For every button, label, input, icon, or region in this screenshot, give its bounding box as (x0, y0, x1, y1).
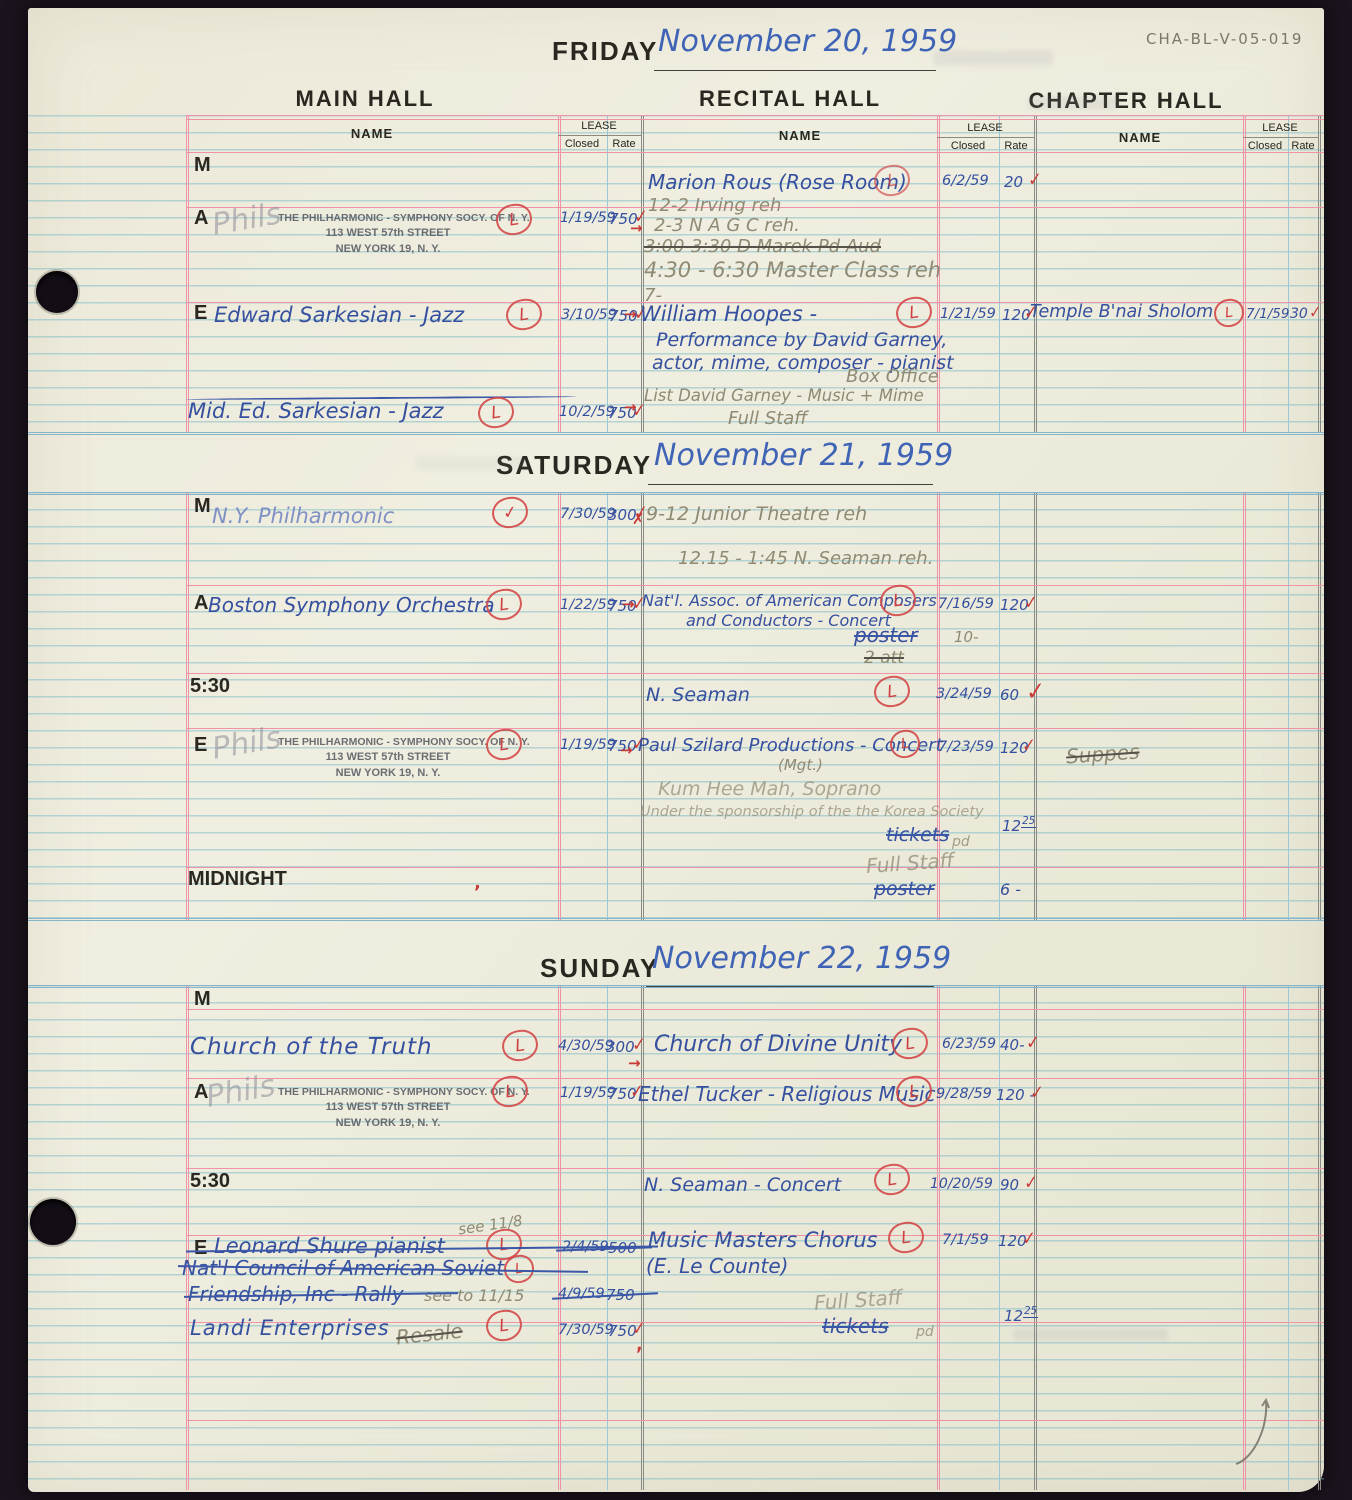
red-arrow: → (624, 305, 637, 323)
stamp-line-3: NEW YORK 19, N. Y. (278, 242, 498, 258)
pencil-corner-mark (1232, 1396, 1284, 1470)
closed-date: 10/2/59 (559, 404, 615, 420)
closed-date: 3/24/59 (936, 686, 992, 702)
circle-letter: L (886, 170, 898, 191)
rate-checkmark: ✓ (1024, 592, 1039, 615)
circle-letter: L (900, 1227, 912, 1248)
bleedthrough-smudge (416, 456, 526, 471)
day-date-friday: November 20, 1959 (658, 24, 957, 59)
col-header-rate-chapter: Rate (1263, 140, 1343, 152)
circle-letter: L (908, 1081, 920, 1102)
closed-date: 7/23/59 (938, 739, 994, 755)
column-line (1243, 115, 1246, 433)
rate-checkmark: ✓ (1024, 1172, 1039, 1195)
day-date-sunday: November 22, 1959 (652, 941, 951, 976)
rate-checkmark: ✓ (1309, 302, 1322, 322)
ledger-sheet: CHA-BL-V-05-019 FRIDAY November 20, 1959… (28, 8, 1324, 1492)
column-line (999, 115, 1000, 433)
bleedthrough-smudge (933, 50, 1053, 66)
booking-name: N. Seaman (646, 684, 750, 706)
row-line (186, 867, 1324, 868)
stamp-line-1: THE PHILHARMONIC - SYMPHONY SOCY. OF N. … (278, 211, 498, 226)
row-label-a: A (194, 592, 208, 615)
archive-code: CHA-BL-V-05-019 (1146, 30, 1303, 48)
rate-value: 60 (1000, 686, 1019, 704)
column-line (1288, 115, 1289, 433)
lease-header-line (937, 137, 1034, 138)
closed-date: 10/20/59 (930, 1176, 993, 1192)
lease-header-line (1243, 137, 1318, 138)
date-underline (646, 986, 934, 987)
section-line (28, 492, 1324, 495)
note-crossed: poster (854, 623, 918, 647)
row-label-m: M (194, 495, 211, 518)
column-line (558, 985, 561, 1490)
row-line (186, 152, 1324, 153)
amount-dollars: 12 (1004, 1307, 1023, 1325)
col-header-name-main: NAME (272, 126, 472, 141)
amount-note: 1225 (1004, 1306, 1038, 1325)
philharmonic-stamp: THE PHILHARMONIC - SYMPHONY SOCY. OF N. … (278, 211, 498, 258)
row-line (186, 585, 1324, 586)
circle-letter: L (514, 1035, 526, 1056)
note-crossed: tickets (822, 1314, 889, 1338)
red-arrow: → (622, 595, 635, 613)
bleedthrough-smudge (1028, 96, 1118, 110)
booking-name: Edward Sarkesian - Jazz (214, 303, 464, 327)
schedule-note: 12-2 Irving reh (648, 195, 781, 216)
booking-name: Boston Symphony Orchestra (208, 593, 495, 617)
row-line (186, 1168, 1324, 1169)
circle-letter: L (892, 590, 904, 611)
closed-date: 7/1/59 (1246, 306, 1289, 322)
day-date-saturday: November 21, 1959 (654, 438, 953, 473)
closed-date: 4/9/59 (558, 1286, 605, 1302)
column-line (937, 985, 940, 1490)
closed-date: 6/23/59 (942, 1036, 996, 1052)
amount-note: 10- (954, 628, 979, 646)
col-header-lease-recital: LEASE (935, 122, 1035, 134)
column-line (186, 115, 189, 433)
schedule-note: 9-12 Junior Theatre reh (646, 503, 867, 525)
row-line (186, 673, 1324, 674)
closed-date: 7/16/59 (938, 596, 994, 612)
stamp-line-2: 113 WEST 57th STREET (278, 750, 498, 766)
circle-letter: L (498, 734, 510, 755)
circle-letter: L (498, 594, 510, 615)
stamp-line-1: THE PHILHARMONIC - SYMPHONY SOCY. OF N. … (278, 1085, 498, 1100)
row-label-a: A (194, 207, 208, 230)
row-label-e: E (194, 734, 207, 757)
amount-note: 6 - (1000, 880, 1021, 899)
col-header-rate-main: Rate (584, 138, 664, 150)
day-title-friday: FRIDAY (552, 36, 658, 67)
rate-checkmark: ✓ (632, 1318, 647, 1341)
circle-letter: L (900, 735, 910, 752)
paid-note: pd (952, 834, 970, 850)
booking-name: Church of Divine Unity (654, 1032, 902, 1057)
red-arrow: → (624, 398, 637, 416)
column-line (607, 985, 608, 1490)
reschedule-note: see to 11/15 (424, 1286, 524, 1305)
amount-cents: 25 (1023, 1306, 1038, 1318)
column-line (558, 492, 561, 920)
column-line (607, 115, 608, 433)
hall-title-recital: RECITAL HALL (690, 86, 890, 112)
booking-name: N.Y. Philharmonic (212, 504, 394, 528)
circle-letter: L (886, 681, 898, 702)
philharmonic-stamp: THE PHILHARMONIC - SYMPHONY SOCY. OF N. … (278, 735, 498, 782)
row-line (186, 1078, 1324, 1079)
rate-value: 40- (1000, 1036, 1025, 1054)
circle-letter: L (886, 1169, 898, 1190)
column-line (558, 115, 561, 433)
column-line (1243, 492, 1246, 920)
row-label-530: 5:30 (190, 1170, 230, 1193)
booking-name: N. Seaman - Concert (644, 1174, 841, 1196)
hall-title-main: MAIN HALL (265, 86, 465, 112)
row-line (186, 119, 1324, 120)
circle-letter: L (508, 209, 520, 230)
note-crossed: 2 att (864, 648, 904, 668)
row-label-m: M (194, 988, 211, 1011)
column-line (641, 985, 644, 1490)
red-arrow: → (628, 1054, 641, 1072)
col-header-name-chapter: NAME (1040, 130, 1240, 145)
red-cross: ✗ (632, 510, 645, 528)
column-line (1288, 492, 1289, 920)
closed-date: 6/2/59 (942, 173, 989, 189)
hole-punch (30, 1199, 76, 1245)
booking-name: Landi Enterprises (190, 1316, 390, 1340)
red-arrow: → (630, 219, 643, 237)
lease-header-line (558, 135, 641, 136)
row-label-m: M (194, 154, 211, 177)
column-line (999, 492, 1000, 920)
stamp-line-3: NEW YORK 19, N. Y. (278, 766, 498, 782)
closed-date: 1/19/59 (560, 210, 616, 226)
circle-letter: L (504, 1081, 516, 1102)
circle-letter: L (904, 1033, 916, 1054)
column-line (1318, 492, 1321, 920)
booking-name: Marion Rous (Rose Room) (648, 170, 907, 194)
col-header-name-recital: NAME (700, 128, 900, 143)
closed-date: 9/28/59 (936, 1086, 992, 1102)
row-line (186, 115, 1324, 116)
column-line (1034, 115, 1037, 433)
schedule-note: Full Staff (728, 408, 807, 429)
sponsor-note: Under the sponsorship of the the Korea S… (640, 804, 984, 820)
column-line (607, 492, 608, 920)
rate-checkmark: ✓ (1026, 1032, 1041, 1055)
rate-checkmark: ✓ (632, 1034, 647, 1057)
stamp-line-2: 113 WEST 57th STREET (278, 226, 498, 242)
circle-letter: L (498, 1315, 510, 1336)
circle-letter: L (498, 1234, 510, 1255)
closed-date: 1/21/59 (940, 306, 996, 322)
note-crossed: poster (874, 878, 935, 900)
rate-checkmark: ✓ (1026, 677, 1046, 707)
circle-check: ✓ (501, 502, 518, 524)
date-underline (648, 484, 933, 485)
row-line (186, 728, 1324, 729)
column-line (1318, 985, 1321, 1490)
circle-letter: L (518, 304, 530, 325)
booking-name: Mid. Ed. Sarkesian - Jazz (188, 399, 444, 423)
rate-value: 20 (1004, 173, 1023, 191)
column-line (1034, 492, 1037, 920)
column-line (1288, 985, 1289, 1490)
row-line (186, 1009, 1324, 1010)
red-tick: ʼ (474, 882, 481, 903)
column-line (186, 985, 189, 1490)
date-underline (654, 70, 936, 71)
rate-checkmark: ✓ (1022, 1228, 1037, 1251)
scanned-ledger-page: { "meta": { "code": "CHA-BL-V-05-019" },… (0, 0, 1352, 1500)
booking-name: Ethel Tucker - Religious Music (638, 1082, 935, 1106)
rate-value: 90 (1000, 1176, 1019, 1194)
rate-checkmark: ✓ (1022, 735, 1037, 758)
col-header-lease-main: LEASE (549, 120, 649, 132)
paid-note: pd (916, 1324, 934, 1340)
column-line (186, 492, 189, 920)
philharmonic-stamp: THE PHILHARMONIC - SYMPHONY SOCY. OF N. … (278, 1085, 498, 1132)
schedule-note: List David Garney - Music + Mime (644, 386, 924, 405)
ruled-lines-saturday (28, 492, 1324, 920)
bleedthrough-smudge (1013, 1328, 1168, 1341)
closed-date: 7/30/59 (558, 1322, 614, 1338)
schedule-note-crossed: 3:00-3:30 D Marek Pd Aud (644, 236, 881, 257)
rate-checkmark: ✓ (1030, 1082, 1045, 1105)
schedule-note: Box Office (846, 366, 939, 387)
schedule-note: 2-3 N A G C reh. (654, 215, 800, 236)
hole-punch (36, 271, 78, 313)
red-arrow: → (620, 741, 633, 759)
circle-letter: L (1224, 304, 1234, 321)
stamp-line-1: THE PHILHARMONIC - SYMPHONY SOCY. OF N. … (278, 735, 498, 750)
note-crossed: tickets (886, 824, 949, 846)
booking-name: Music Masters Chorus (648, 1228, 877, 1252)
column-line (641, 492, 644, 920)
amount-dollars: 12 (1002, 817, 1021, 835)
row-label-e: E (194, 302, 207, 325)
booking-name-crossed: Leonard Shure pianist (214, 1234, 445, 1258)
row-label-530: 5:30 (190, 675, 230, 698)
col-header-lease-chapter: LEASE (1230, 122, 1330, 134)
column-line (1318, 115, 1321, 433)
row-line (186, 1420, 1324, 1421)
rate-value: 30 (1290, 306, 1308, 322)
red-mark: ʼ (636, 1343, 643, 1365)
circle-letter: L (908, 302, 920, 323)
booking-detail: (E. Le Counte) (646, 1254, 788, 1278)
rate-checkmark: ✓ (1028, 169, 1043, 192)
stamp-line-3: NEW YORK 19, N. Y. (278, 1116, 498, 1132)
booking-detail: (Mgt.) (778, 756, 823, 774)
day-title-sunday: SUNDAY (540, 953, 659, 984)
booking-name: Temple B'nai Sholom (1030, 302, 1213, 322)
closed-date: 7/1/59 (942, 1232, 989, 1248)
booking-name: William Hoopes - (640, 302, 817, 326)
circle-letter: L (490, 402, 502, 423)
note-crossed: Suppes (1065, 739, 1140, 768)
row-label-midnight: MIDNIGHT (188, 868, 287, 891)
col-header-rate-recital: Rate (976, 140, 1056, 152)
section-line (28, 432, 1324, 435)
section-line (28, 918, 1324, 921)
schedule-note: 4:30 - 6:30 Master Class reh (644, 258, 941, 282)
performer-note: Kum Hee Mah, Soprano (658, 778, 881, 800)
amount-note: 1225 (1002, 816, 1036, 835)
amount-cents: 25 (1021, 816, 1036, 828)
schedule-note: 12.15 - 1:45 N. Seaman reh. (678, 548, 933, 569)
booking-detail: Performance by David Garney, (656, 329, 947, 351)
booking-name: Church of the Truth (190, 1034, 433, 1060)
stamp-line-2: 113 WEST 57th STREET (278, 1100, 498, 1116)
